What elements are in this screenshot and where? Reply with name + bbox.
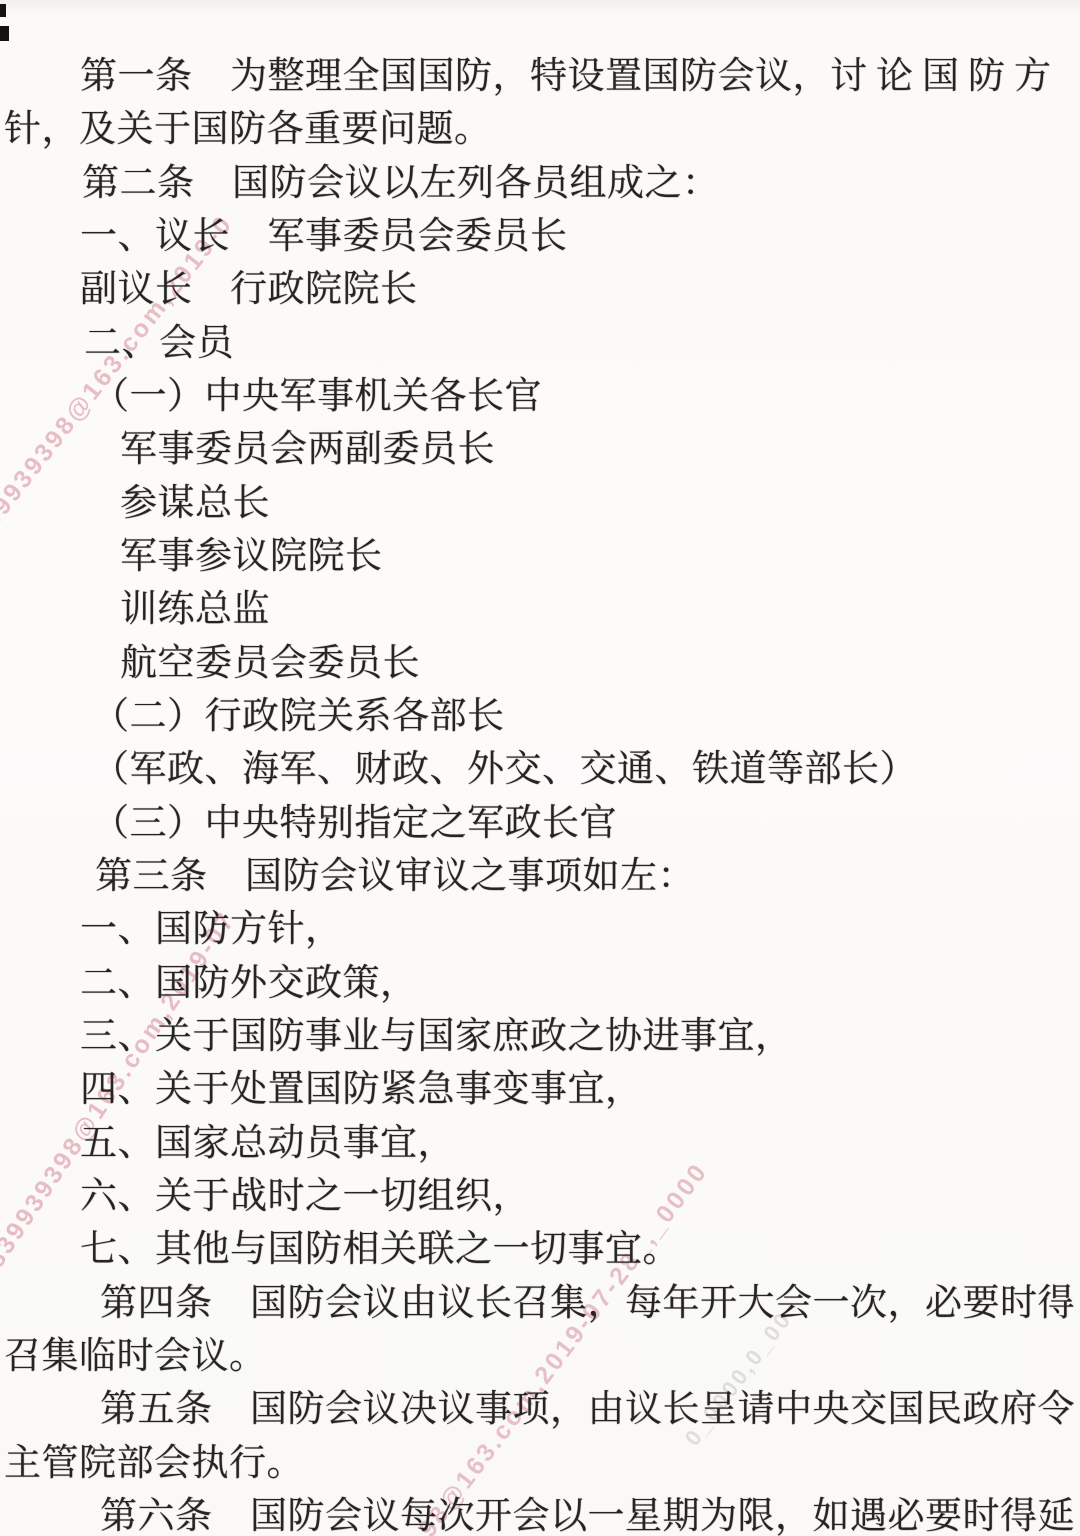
text-line: 副议长 行政院院长 xyxy=(0,263,1080,316)
text-line-main: 一、议长 军事委员会委员长 xyxy=(80,216,568,257)
text-line-main: 一、国防方针， xyxy=(80,909,343,950)
text-line-main: 副议长 行政院院长 xyxy=(80,269,418,310)
text-line: 训练总监 xyxy=(0,583,1080,636)
text-line-main: 召集临时会议。 xyxy=(4,1336,267,1377)
text-line-main: 第六条 国防会议每次开会以一星期为限，如遇必要时得延 xyxy=(100,1496,1075,1536)
text-line-main: 军事参议院院长 xyxy=(120,536,383,577)
text-line-main: 主管院部会执行。 xyxy=(4,1443,304,1484)
text-line-main: 第三条 国防会议审议之事项如左： xyxy=(95,856,695,897)
text-line-main: 第四条 国防会议由议长召集，每年开大会一次，必要时得 xyxy=(100,1283,1075,1324)
text-line-main: 第一条 为整理全国国防，特设置国防会议， xyxy=(80,56,830,97)
text-line-main: 参谋总长 xyxy=(120,483,270,524)
text-line: 一、国防方针， xyxy=(0,903,1080,956)
text-line: 军事委员会两副委员长 xyxy=(0,423,1080,476)
text-line-main: 二、会员 xyxy=(84,323,234,364)
text-line: 召集临时会议。 xyxy=(0,1330,1080,1383)
text-line-main: （军政、海军、财政、外交、交通、铁道等部长） xyxy=(92,749,917,790)
scan-artifact-mark xyxy=(0,4,6,17)
text-line-main: 二、国防外交政策， xyxy=(80,963,418,1004)
text-line: 三、关于国防事业与国家庶政之协进事宜， xyxy=(0,1010,1080,1063)
text-line: 航空委员会委员长 xyxy=(0,637,1080,690)
text-line: （军政、海军、财政、外交、交通、铁道等部长） xyxy=(0,743,1080,796)
scanned-document-page: 第一条 为整理全国国防，特设置国防会议，讨论国防方针，及关于国防各重要问题。第二… xyxy=(0,0,1080,1536)
text-line-main: 航空委员会委员长 xyxy=(120,643,420,684)
text-line-main: 四、关于处置国防紧急事变事宜， xyxy=(80,1069,643,1110)
text-line: 第一条 为整理全国国防，特设置国防会议，讨论国防方 xyxy=(0,50,1080,103)
text-line-main: 三、关于国防事业与国家庶政之协进事宜， xyxy=(80,1016,793,1057)
text-line: （一）中央军事机关各长官 xyxy=(0,370,1080,423)
text-line: 主管院部会执行。 xyxy=(0,1437,1080,1490)
text-line: 一、议长 军事委员会委员长 xyxy=(0,210,1080,263)
scan-artifact-mark xyxy=(0,26,9,41)
text-line: 第五条 国防会议决议事项，由议长呈请中央交国民政府令 xyxy=(0,1383,1080,1436)
text-line-justified-tail: 讨论国防方 xyxy=(830,50,1060,103)
text-line: 军事参议院院长 xyxy=(0,530,1080,583)
text-line-main: 军事委员会两副委员长 xyxy=(120,429,495,470)
text-line-main: 六、关于战时之一切组织， xyxy=(80,1176,530,1217)
text-line-main: （一）中央军事机关各长官 xyxy=(92,376,542,417)
text-line-main: （三）中央特别指定之军政长官 xyxy=(92,803,617,844)
text-line-main: 第二条 国防会议以左列各员组成之： xyxy=(82,163,720,204)
text-line: 第六条 国防会议每次开会以一星期为限，如遇必要时得延 xyxy=(0,1490,1080,1536)
text-line-main: 第五条 国防会议决议事项，由议长呈请中央交国民政府令 xyxy=(100,1389,1075,1430)
document-body: 第一条 为整理全国国防，特设置国防会议，讨论国防方针，及关于国防各重要问题。第二… xyxy=(0,50,1080,1536)
text-line: 第四条 国防会议由议长召集，每年开大会一次，必要时得 xyxy=(0,1277,1080,1330)
scan-edge-shade xyxy=(0,0,1080,16)
text-line-main: 训练总监 xyxy=(120,589,270,630)
text-line: 五、国家总动员事宜， xyxy=(0,1117,1080,1170)
text-line: 针，及关于国防各重要问题。 xyxy=(0,103,1080,156)
text-line-main: 五、国家总动员事宜， xyxy=(80,1123,455,1164)
text-line: 参谋总长 xyxy=(0,477,1080,530)
text-line: （二）行政院关系各部长 xyxy=(0,690,1080,743)
text-line: 第二条 国防会议以左列各员组成之： xyxy=(0,157,1080,210)
text-line: 七、其他与国防相关联之一切事宜。 xyxy=(0,1223,1080,1276)
text-line: 第三条 国防会议审议之事项如左： xyxy=(0,850,1080,903)
text-line-main: 七、其他与国防相关联之一切事宜。 xyxy=(80,1229,680,1270)
text-line: 四、关于处置国防紧急事变事宜， xyxy=(0,1063,1080,1116)
text-line: （三）中央特别指定之军政长官 xyxy=(0,797,1080,850)
text-line: 二、国防外交政策， xyxy=(0,957,1080,1010)
text-line: 六、关于战时之一切组织， xyxy=(0,1170,1080,1223)
text-line: 二、会员 xyxy=(0,317,1080,370)
text-line-main: 针，及关于国防各重要问题。 xyxy=(4,109,492,150)
text-line-main: （二）行政院关系各部长 xyxy=(92,696,505,737)
